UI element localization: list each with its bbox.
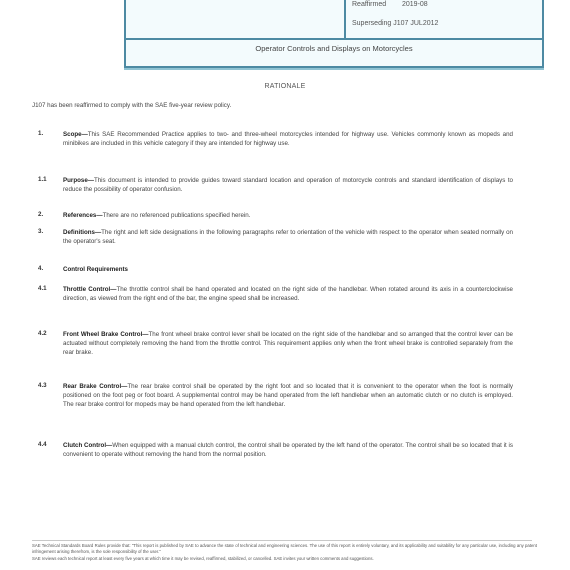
section-title: Throttle Control— <box>63 286 116 293</box>
section-number: 3. <box>38 228 43 235</box>
reaffirmed-label: Reaffirmed <box>352 1 386 8</box>
footnote-2: SAE reviews each technical report at lea… <box>32 556 537 562</box>
section-number: 4.4 <box>38 441 47 448</box>
section-title: Clutch Control— <box>63 442 112 449</box>
document-header-box: Reaffirmed 2019-08 Superseding J107 JUL2… <box>124 0 544 68</box>
reaffirmed-row: Reaffirmed 2019-08 <box>352 1 386 8</box>
header-left-cell <box>126 0 346 38</box>
section-number: 2. <box>38 211 43 218</box>
footnote-1: SAE Technical Standards Board Rules prov… <box>32 543 537 554</box>
section-number: 4.2 <box>38 330 47 337</box>
section-title: Purpose— <box>63 177 94 184</box>
section-number: 4.1 <box>38 285 47 292</box>
section-number: 4.3 <box>38 382 47 389</box>
superseding-row: Superseding J107 JUL2012 <box>352 20 438 27</box>
section-number: 1.1 <box>38 176 47 183</box>
section-number: 4. <box>38 265 43 272</box>
section-title: Rear Brake Control— <box>63 383 127 390</box>
section-number: 1. <box>38 130 43 137</box>
section-title: Control Requirements <box>63 266 128 273</box>
document-title: Operator Controls and Displays on Motorc… <box>126 44 542 53</box>
section-body: Control Requirements <box>63 265 513 274</box>
rationale-text: J107 has been reaffirmed to comply with … <box>32 101 512 110</box>
section-body: Scope—This SAE Recommended Practice appl… <box>63 130 513 148</box>
section-title: Definitions— <box>63 229 101 236</box>
section-body: Throttle Control—The throttle control sh… <box>63 285 513 303</box>
section-body: Rear Brake Control—The rear brake contro… <box>63 382 513 410</box>
section-title: References— <box>63 212 103 219</box>
header-top-row: Reaffirmed 2019-08 Superseding J107 JUL2… <box>126 0 542 40</box>
section-body: Front Wheel Brake Control—The front whee… <box>63 330 513 358</box>
section-body: References—There are no referenced publi… <box>63 211 513 220</box>
section-title: Front Wheel Brake Control— <box>63 331 149 338</box>
section-body: Clutch Control—When equipped with a manu… <box>63 441 513 459</box>
header-meta-cell: Reaffirmed 2019-08 Superseding J107 JUL2… <box>346 0 542 38</box>
reaffirmed-value: 2019-08 <box>402 1 428 8</box>
section-title: Scope— <box>63 131 88 138</box>
rationale-heading: RATIONALE <box>0 83 570 90</box>
footnote-divider <box>32 540 532 541</box>
section-body: Purpose—This document is intended to pro… <box>63 176 513 194</box>
section-body: Definitions—The right and left side desi… <box>63 228 513 246</box>
